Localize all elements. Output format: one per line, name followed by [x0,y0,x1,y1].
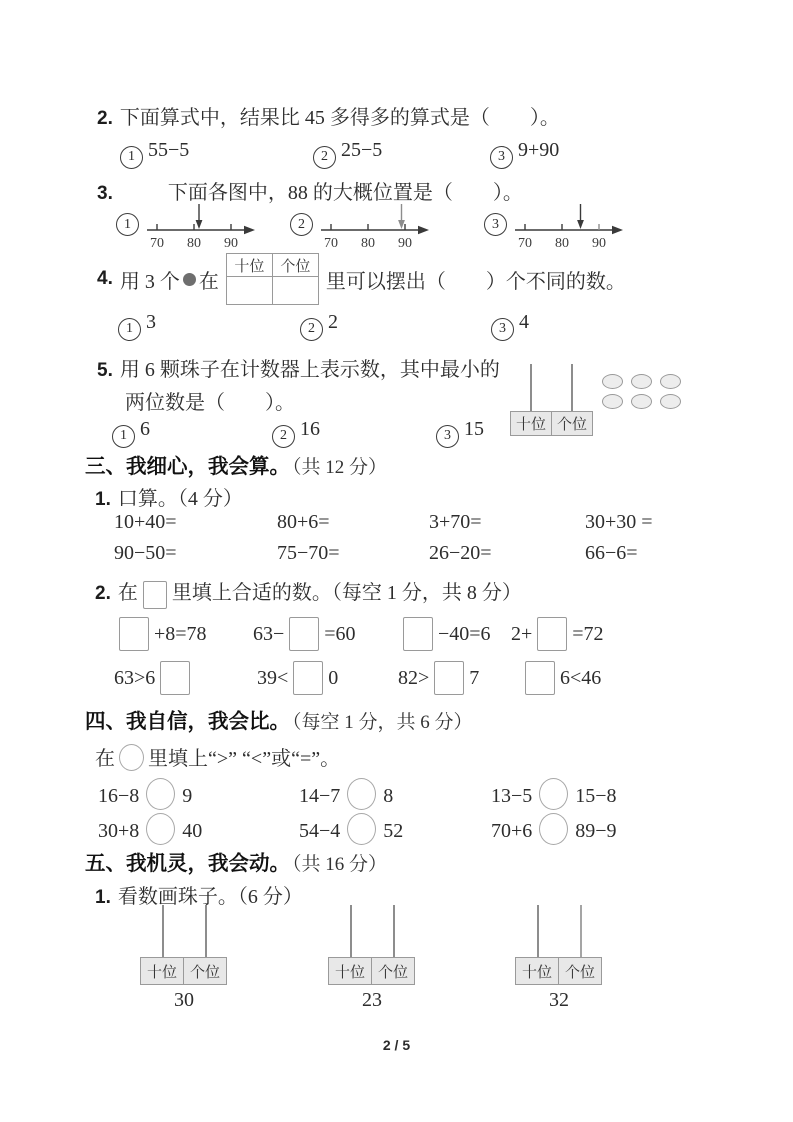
fill-item: 39<0 [257,661,338,695]
counter-rod [205,905,207,958]
counter-base: 十位 个位 [510,411,593,436]
fill-post: 0 [328,667,338,690]
question-5-number: 5. [97,360,113,381]
bead-icon [660,374,681,389]
counter-label-tens: 十位 [515,957,559,985]
question-5-option-3: 315 [436,418,484,448]
draw-beads-number: 1. [95,887,111,908]
number-line-3-figure: 70 80 90 [512,200,627,252]
question-2-option-3: 39+90 [490,139,559,169]
question-2-option-2: 225−5 [313,139,382,169]
answer-box [525,661,555,695]
question-4-text-post: 里可以摆出（ ）个不同的数。 [326,265,626,294]
fill-post: −40=6 [438,623,491,646]
bead-group [602,374,679,409]
fill-post: +8=78 [154,623,207,646]
option-text: 6 [140,418,150,440]
tick-label: 80 [187,236,201,251]
fill-pre: 82> [398,667,429,690]
fill-in-text-post: 里填上合适的数。（每空 1 分，共 8 分） [172,582,522,604]
circled-1-icon: 1 [112,425,135,448]
down-arrow-icon [196,204,203,229]
option-text: 4 [519,311,529,333]
question-5-text-line1: 用 6 颗珠子在计数器上表示数，其中最小的 [120,359,500,381]
compare-item: 30+840 [98,813,202,845]
worksheet-page: 2.下面算式中，结果比 45 多得多的算式是（ ）。 155−5 225−5 3… [0,0,793,1122]
compare-left: 16−8 [98,785,139,807]
option-text: 9+90 [518,139,559,161]
compare-item: 14−78 [299,778,393,810]
fill-item: 2+=72 [511,617,604,651]
counter-23: 十位 个位 23 [328,905,416,1015]
compare-left: 70+6 [491,820,532,842]
answer-circle [347,778,376,810]
counter-base: 十位 个位 [328,957,415,985]
section-3-title: 三、我细心，我会算。 [85,455,290,478]
calc-item: 66−6= [585,542,638,565]
table-header-tens: 十位 [227,254,273,277]
counter-value: 23 [328,989,416,1012]
compare-left: 13−5 [491,785,532,807]
down-arrow-icon [398,204,405,229]
bead-icon [602,394,623,409]
answer-box [143,581,167,609]
answer-box [293,661,323,695]
counter-rod [350,905,352,958]
question-4-text-mid: 在 [199,265,219,294]
question-5-option-2: 216 [272,418,320,448]
fill-pre: 63− [253,623,284,646]
section-4-score: （每空 1 分，共 6 分） [292,712,473,733]
circled-1-icon: 1 [116,213,139,236]
compare-right: 40 [182,820,202,842]
table-cell-empty [227,277,273,304]
answer-box [434,661,464,695]
fill-post: =60 [324,623,355,646]
answer-box [160,661,190,695]
fill-item: 63−=60 [253,617,356,651]
question-2-option-1: 155−5 [120,139,189,169]
compare-item: 70+689−9 [491,813,617,845]
counter-rod [580,905,582,958]
page-footer: 2 / 5 [0,1037,793,1053]
question-4-option-1: 13 [118,311,156,341]
section-4-title: 四、我自信，我会比。 [85,710,290,733]
bead-icon [631,374,652,389]
counter-32: 十位 个位 32 [515,905,603,1015]
number-line-3: 3 70 80 90 [484,200,627,252]
fill-in-number: 2. [95,583,111,604]
tick-label: 70 [150,236,164,251]
answer-box [119,617,149,651]
question-3-number: 3. [97,183,113,204]
question-2-text: 下面算式中，结果比 45 多得多的算式是（ ）。 [120,107,560,129]
option-text: 2 [328,311,338,333]
option-text: 3 [146,311,156,333]
fill-item: −40=6 [398,617,491,651]
bead-icon [602,374,623,389]
section-5-title: 五、我机灵，我会动。 [85,852,290,875]
number-line-1: 1 70 80 90 [116,200,259,252]
counter-30: 十位 个位 30 [140,905,228,1015]
option-text: 15 [464,418,484,440]
counter-label-ones: 个位 [558,957,602,985]
question-5-line2: 两位数是（ ）。 [125,386,295,415]
compare-left: 54−4 [299,820,340,842]
compare-item: 54−452 [299,813,403,845]
fill-post: 6<46 [560,667,601,690]
fill-item: 82>7 [398,661,479,695]
fill-item: +8=78 [114,617,207,651]
compare-instr-post: 里填上“>” “<”或“=”。 [148,748,340,770]
bead-icon [660,394,681,409]
question-5-text-line2: 两位数是（ ）。 [125,392,295,414]
question-2-number: 2. [97,108,113,129]
question-4-number: 4. [97,268,113,290]
calc-item: 75−70= [277,542,340,565]
question-4-option-3: 34 [491,311,529,341]
answer-box [289,617,319,651]
circled-1-icon: 1 [118,318,141,341]
counter-value: 32 [515,989,603,1012]
compare-right: 8 [383,785,393,807]
counter-rod [393,905,395,958]
answer-circle [119,744,144,771]
number-line-2: 2 70 80 90 [290,200,433,252]
number-line-2-figure: 70 80 90 [318,200,433,252]
counter-base: 十位 个位 [140,957,227,985]
circled-1-icon: 1 [120,146,143,169]
answer-circle [539,813,568,845]
counter-rod [530,364,532,412]
tick-label: 70 [324,236,338,251]
answer-circle [347,813,376,845]
calc-item: 90−50= [114,542,177,565]
answer-box [403,617,433,651]
circled-3-icon: 3 [490,146,513,169]
counter-label-ones: 个位 [551,411,593,436]
circled-2-icon: 2 [272,425,295,448]
tick-label: 90 [398,236,412,251]
fill-item: 6<46 [520,661,601,695]
answer-circle [146,813,175,845]
number-line-1-figure: 70 80 90 [144,200,259,252]
question-4: 4.用 3 个在 十位 个位 里可以摆出（ ）个不同的数。 [97,253,626,305]
counter-base: 十位 个位 [515,957,602,985]
question-2: 2.下面算式中，结果比 45 多得多的算式是（ ）。 [97,101,560,130]
question-5-option-1: 16 [112,418,150,448]
counter-label-tens: 十位 [510,411,552,436]
circled-3-icon: 3 [436,425,459,448]
compare-right: 15−8 [575,785,616,807]
place-value-table: 十位 个位 [226,253,319,305]
compare-left: 14−7 [299,785,340,807]
compare-instruction: 在里填上“>” “<”或“=”。 [95,742,340,771]
oral-calc-title: 口算。（4 分） [118,488,243,510]
fill-in-text-pre: 在 [118,582,138,604]
compare-item: 13−515−8 [491,778,617,810]
counter-label-tens: 十位 [140,957,184,985]
fill-post: 7 [469,667,479,690]
circled-2-icon: 2 [290,213,313,236]
circled-2-icon: 2 [300,318,323,341]
calc-item: 3+70= [429,511,482,534]
compare-right: 9 [182,785,192,807]
fill-pre: 63>6 [114,667,155,690]
section-5-score: （共 16 分） [292,854,387,875]
answer-circle [539,778,568,810]
counter-value: 30 [140,989,228,1012]
option-text: 25−5 [341,139,382,161]
compare-instr-pre: 在 [95,748,115,770]
tick-label: 80 [555,236,569,251]
question-5-counter: 十位 个位 [510,364,593,437]
tick-label: 90 [224,236,238,251]
counter-label-tens: 十位 [328,957,372,985]
fill-pre: 39< [257,667,288,690]
section-3-score: （共 12 分） [292,457,387,478]
fill-item: 63>6 [114,661,195,695]
compare-right: 52 [383,820,403,842]
option-text: 16 [300,418,320,440]
circled-3-icon: 3 [491,318,514,341]
counter-label-ones: 个位 [371,957,415,985]
counter-label-ones: 个位 [183,957,227,985]
calc-item: 80+6= [277,511,330,534]
section-5-header: 五、我机灵，我会动。（共 16 分） [85,846,387,876]
answer-box [537,617,567,651]
down-arrow-icon [577,204,584,229]
oral-calc-number: 1. [95,489,111,510]
counter-rod [162,905,164,958]
question-4-text-pre: 用 3 个 [120,265,180,294]
fill-in-header: 2.在里填上合适的数。（每空 1 分，共 8 分） [95,576,522,609]
fill-pre: 2+ [511,623,532,646]
compare-item: 16−89 [98,778,192,810]
option-text: 55−5 [148,139,189,161]
calc-item: 30+30 = [585,511,653,534]
calc-item: 10+40= [114,511,177,534]
counter-rod [571,364,573,412]
circled-2-icon: 2 [313,146,336,169]
bead-icon [631,394,652,409]
tick-label: 90 [592,236,606,251]
answer-circle [146,778,175,810]
compare-right: 89−9 [575,820,616,842]
question-5-line1: 5.用 6 颗珠子在计数器上表示数，其中最小的 [97,353,500,382]
calc-item: 26−20= [429,542,492,565]
question-4-option-2: 22 [300,311,338,341]
circled-3-icon: 3 [484,213,507,236]
table-header-ones: 个位 [273,254,318,277]
compare-left: 30+8 [98,820,139,842]
section-4-header: 四、我自信，我会比。（每空 1 分，共 6 分） [85,704,473,734]
table-cell-empty [273,277,318,304]
tick-label: 80 [361,236,375,251]
oral-calc-header: 1.口算。（4 分） [95,482,243,511]
fill-post: =72 [572,623,603,646]
counter-rod [537,905,539,958]
section-3-header: 三、我细心，我会算。（共 12 分） [85,449,387,479]
bead-dot-icon [183,273,196,286]
tick-label: 70 [518,236,532,251]
